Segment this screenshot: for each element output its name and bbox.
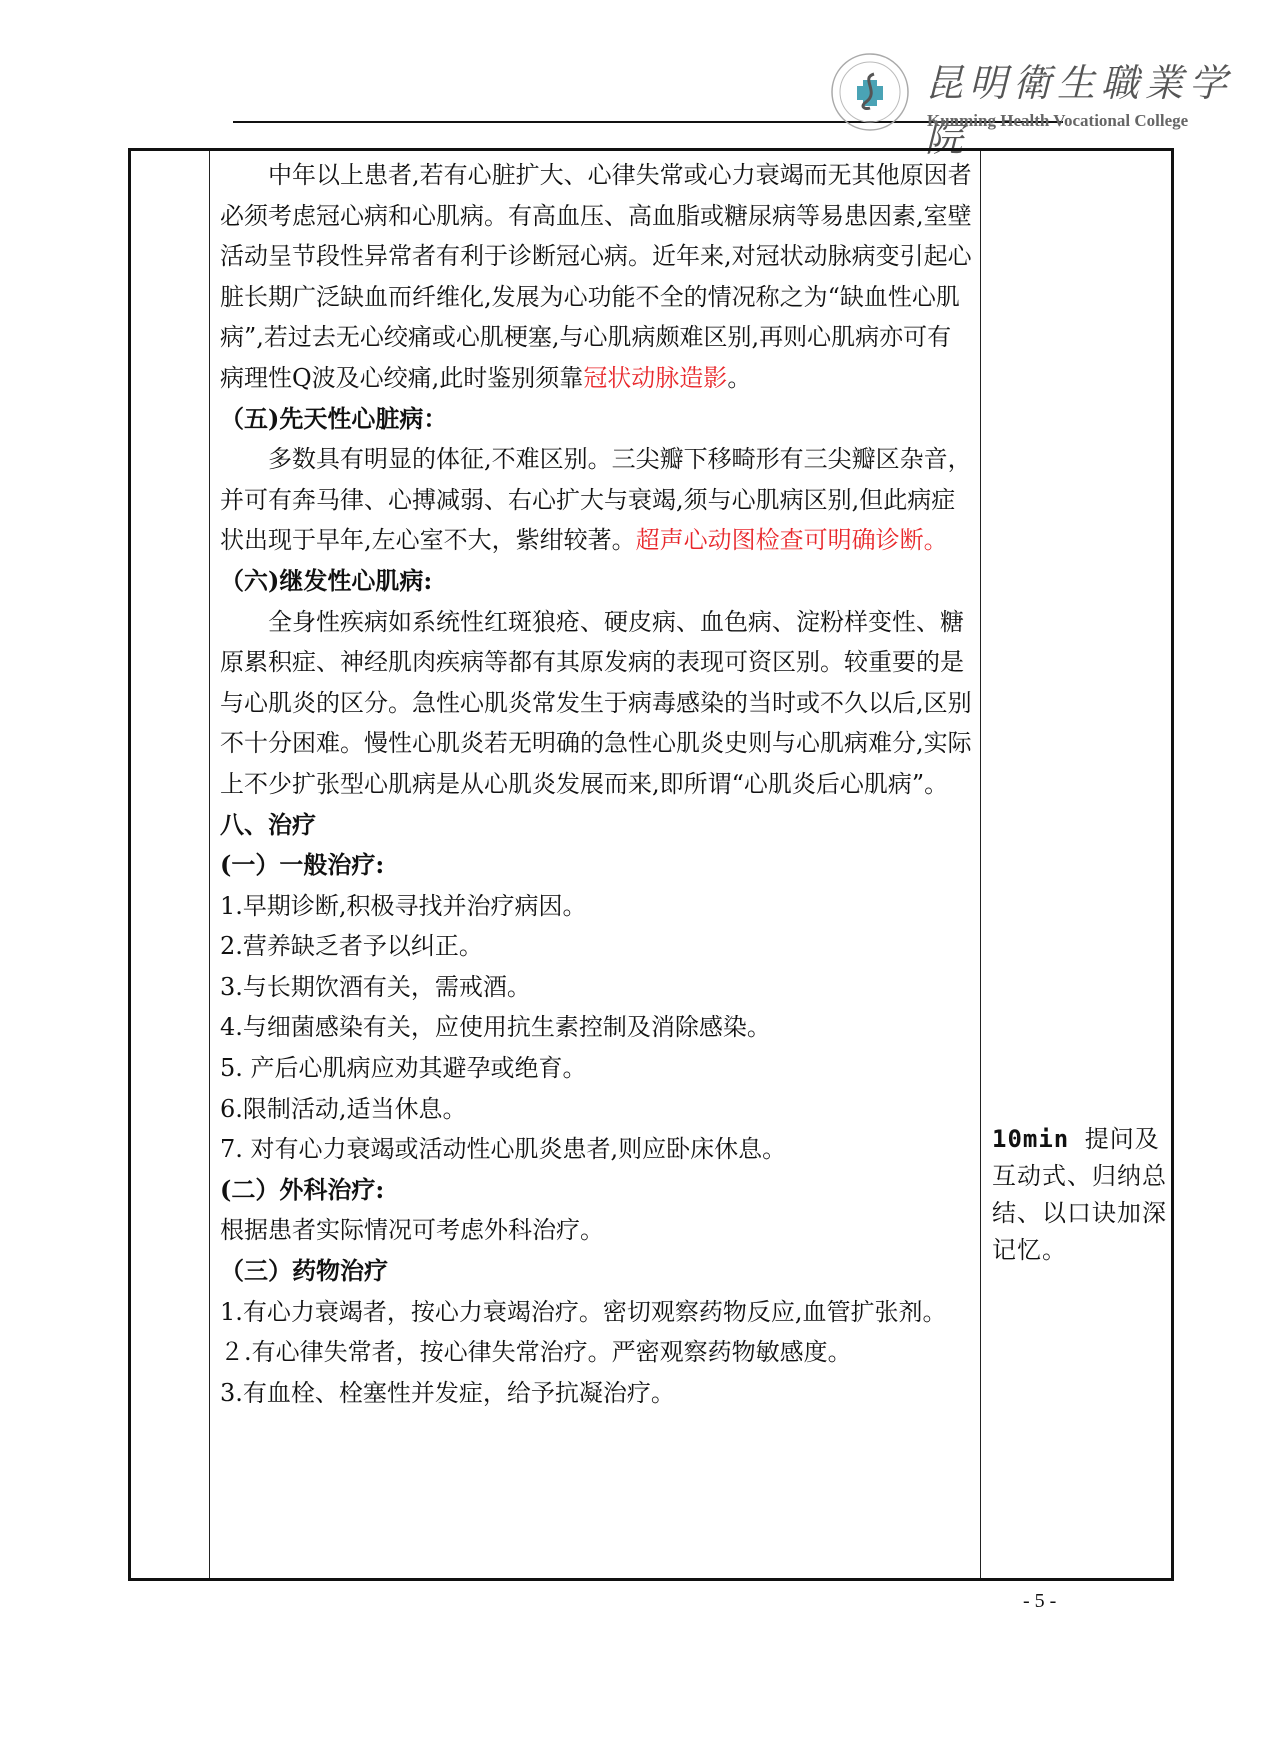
paragraph: 1.有心力衰竭者，按心力衰竭治疗。密切观察药物反应,血管扩张剂。２.有心律失常者… [220, 1292, 972, 1373]
duration: 10min [992, 1125, 1069, 1153]
lesson-plan-table: 中年以上患者,若有心脏扩大、心律失常或心力衰竭而无其他原因者必须考虑冠心病和心肌… [128, 148, 1174, 1581]
list-item: 6.限制活动,适当休息。 [220, 1089, 972, 1130]
content-body: 中年以上患者,若有心脏扩大、心律失常或心力衰竭而无其他原因者必须考虑冠心病和心肌… [220, 155, 972, 1413]
highlight-text: 超声心动图检查可明确诊断。 [636, 526, 948, 554]
subsection-heading: （三）药物治疗 [220, 1251, 972, 1292]
differential-paragraph: 中年以上患者,若有心脏扩大、心律失常或心力衰竭而无其他原因者必须考虑冠心病和心肌… [220, 155, 972, 399]
subsection-heading: (一）一般治疗: [220, 845, 972, 886]
list-item: 1.早期诊断,积极寻找并治疗病因。 [220, 886, 972, 927]
section-paragraph: 全身性疾病如系统性红斑狼疮、硬皮病、血色病、淀粉样变性、糖原累积症、神经肌肉疾病… [220, 602, 972, 805]
section-heading: （五)先天性心脏病： [220, 399, 972, 440]
teaching-note: 10min 提问及互动式、归纳总结、以口诀加深记忆。 [992, 1121, 1167, 1269]
paragraph: 根据患者实际情况可考虑外科治疗。 [220, 1210, 972, 1251]
college-name-cn: 昆明衛生職業学院 [925, 52, 1271, 162]
section-heading: （六)继发性心肌病: [220, 561, 972, 602]
list-item: 7. 对有心力衰竭或活动性心肌炎患者,则应卧床休息。 [220, 1129, 972, 1170]
list-item: 4.与细菌感染有关，应使用抗生素控制及消除感染。 [220, 1007, 972, 1048]
section-paragraph: 多数具有明显的体征,不难区别。三尖瓣下移畸形有三尖瓣区杂音，并可有奔马律、心搏减… [220, 439, 972, 561]
subsection-heading: (二）外科治疗: [220, 1170, 972, 1211]
college-name-en: Kunming Health Vocational College [927, 111, 1188, 131]
left-column [131, 151, 210, 1578]
treatment-heading: 八、治疗 [220, 805, 972, 846]
list-item: 2.营养缺乏者予以纠正。 [220, 926, 972, 967]
paragraph: 3.有血栓、栓塞性并发症，给予抗凝治疗。 [220, 1373, 972, 1414]
list-item: 5. 产后心肌病应劝其避孕或绝育。 [220, 1048, 972, 1089]
college-emblem-icon [830, 52, 910, 132]
list-item: 3.与长期饮酒有关，需戒酒。 [220, 967, 972, 1008]
page-number: - 5 - [1023, 1590, 1056, 1613]
content-column: 中年以上患者,若有心脏扩大、心律失常或心力衰竭而无其他原因者必须考虑冠心病和心肌… [210, 151, 981, 1578]
highlight-text: 冠状动脉造影 [583, 364, 727, 392]
notes-column: 10min 提问及互动式、归纳总结、以口诀加深记忆。 [982, 151, 1171, 1578]
